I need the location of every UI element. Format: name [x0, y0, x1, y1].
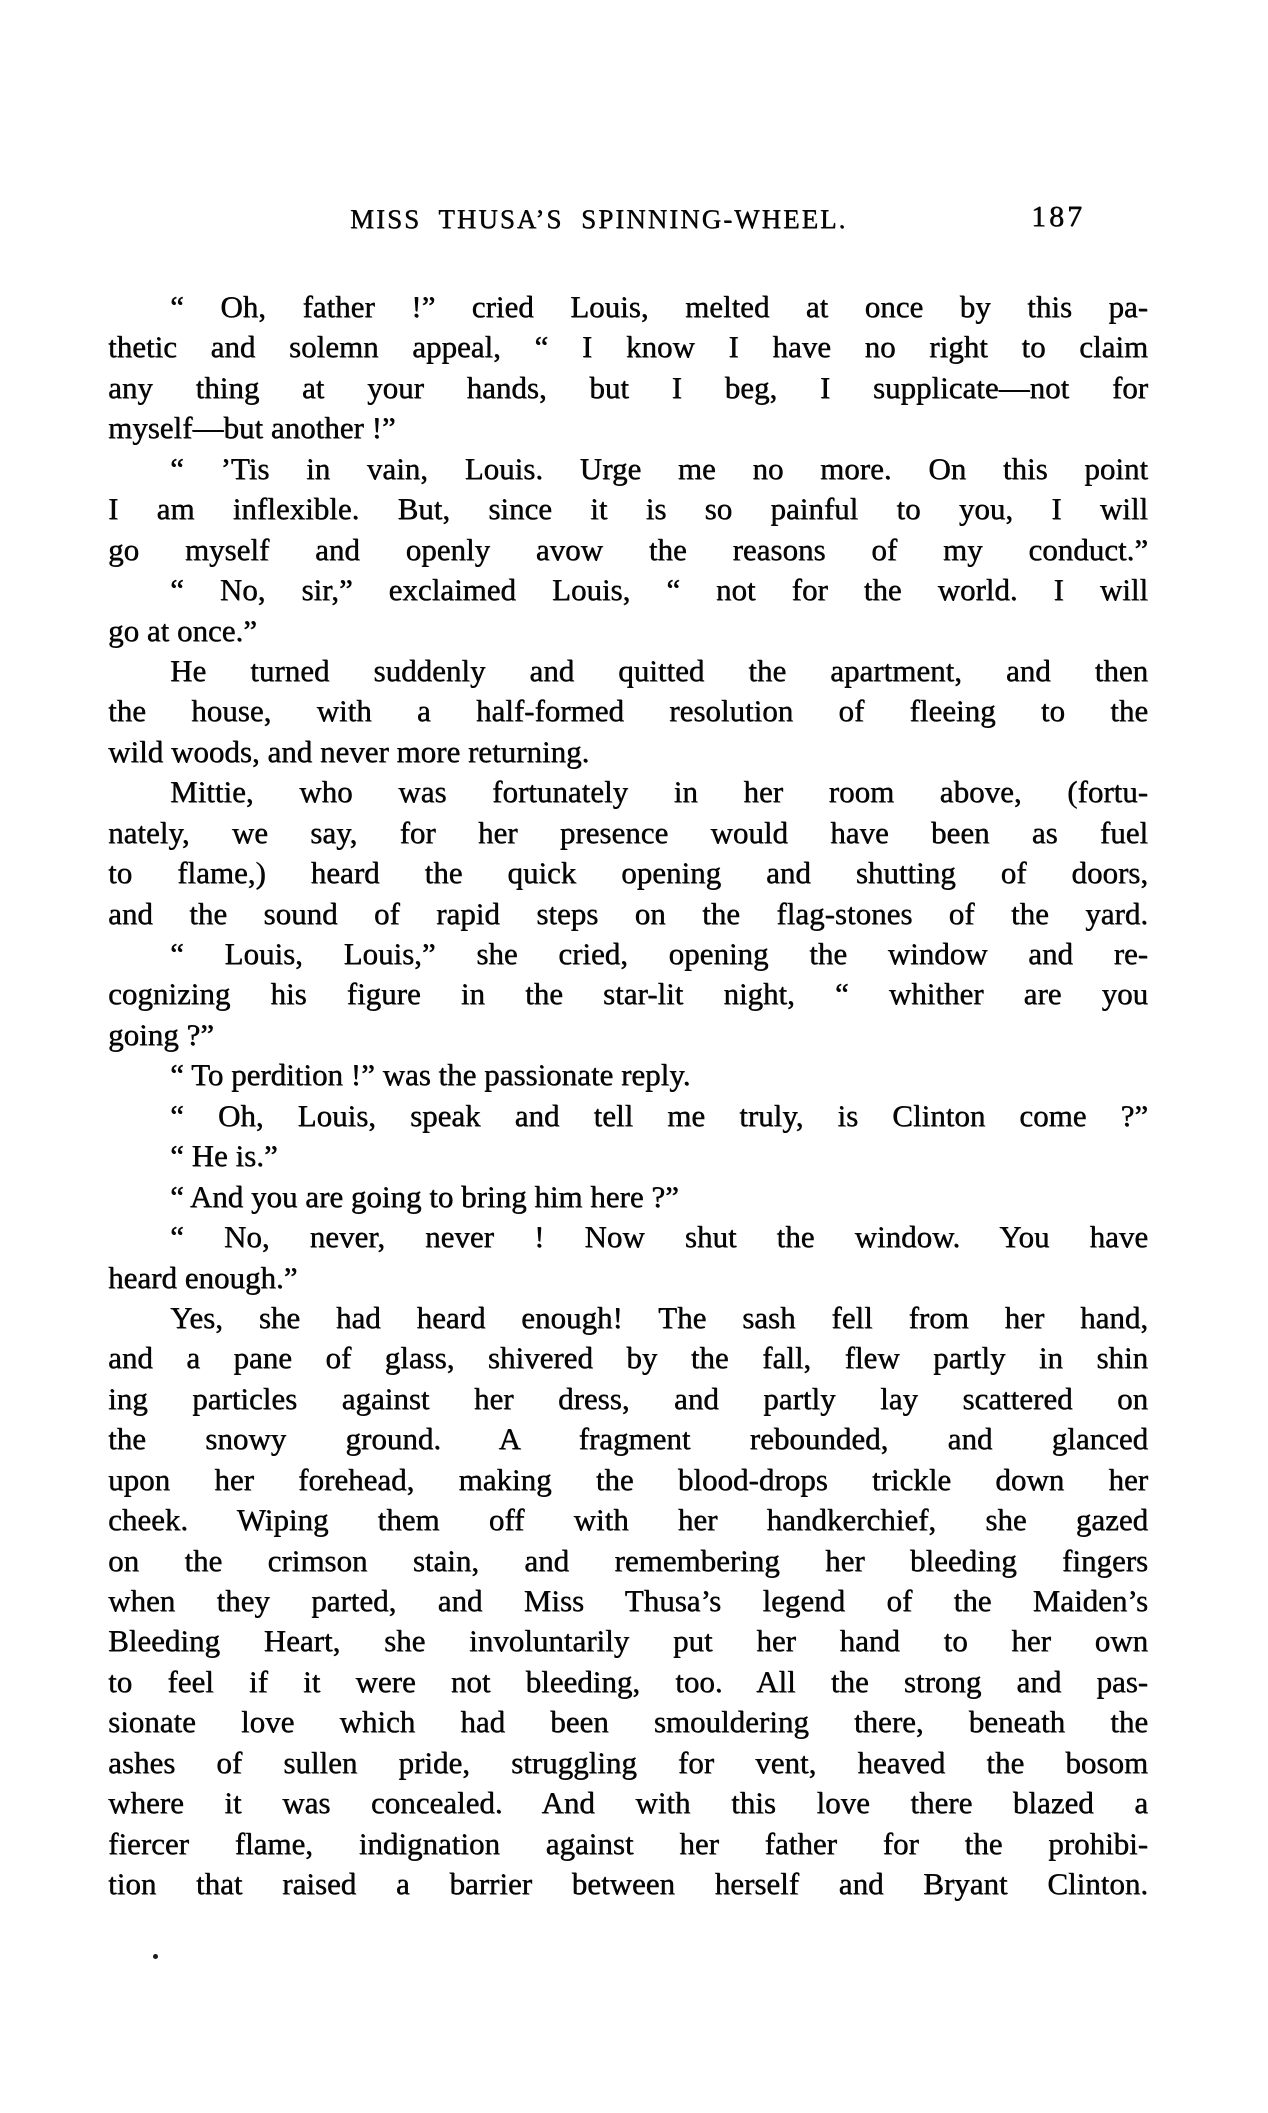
- text-line: the snowy ground. A fragment rebounded, …: [108, 1419, 1148, 1459]
- running-head-title: MISS THUSA’S SPINNING-WHEEL.: [350, 204, 847, 235]
- page-number: 187: [1031, 200, 1085, 234]
- text-line: any thing at your hands, but I beg, I su…: [108, 368, 1148, 408]
- text-line: “ And you are going to bring him here ?”: [108, 1177, 1148, 1217]
- text-line: cognizing his figure in the star-lit nig…: [108, 974, 1148, 1014]
- text-line: going ?”: [108, 1015, 1148, 1055]
- text-line: ing particles against her dress, and par…: [108, 1379, 1148, 1419]
- text-line: He turned suddenly and quitted the apart…: [108, 651, 1148, 691]
- text-line: sionate love which had been smouldering …: [108, 1702, 1148, 1742]
- text-line: go myself and openly avow the reasons of…: [108, 530, 1148, 570]
- text-line: ashes of sullen pride, struggling for ve…: [108, 1743, 1148, 1783]
- text-line: I am inflexible. But, since it is so pai…: [108, 489, 1148, 529]
- text-line: “ Oh, Louis, speak and tell me truly, is…: [108, 1096, 1148, 1136]
- text-line: and the sound of rapid steps on the flag…: [108, 894, 1148, 934]
- text-line: Mittie, who was fortunately in her room …: [108, 772, 1148, 812]
- text-line: fiercer flame, indignation against her f…: [108, 1824, 1148, 1864]
- text-line: where it was concealed. And with this lo…: [108, 1783, 1148, 1823]
- text-line: upon her forehead, making the blood-drop…: [108, 1460, 1148, 1500]
- body-text: “ Oh, father !” cried Louis, melted at o…: [108, 287, 1148, 1905]
- book-page: MISS THUSA’S SPINNING-WHEEL. 187 “ Oh, f…: [0, 0, 1268, 2113]
- text-line: “ No, sir,” exclaimed Louis, “ not for t…: [108, 570, 1148, 610]
- text-line: “ ’Tis in vain, Louis. Urge me no more. …: [108, 449, 1148, 489]
- text-line: “ Oh, father !” cried Louis, melted at o…: [108, 287, 1148, 327]
- ink-speck: [153, 1954, 158, 1959]
- text-line: to flame,) heard the quick opening and s…: [108, 853, 1148, 893]
- text-line: cheek. Wiping them off with her handkerc…: [108, 1500, 1148, 1540]
- text-line: “ Louis, Louis,” she cried, opening the …: [108, 934, 1148, 974]
- text-line: nately, we say, for her presence would h…: [108, 813, 1148, 853]
- text-line: Yes, she had heard enough! The sash fell…: [108, 1298, 1148, 1338]
- text-line: thetic and solemn appeal, “ I know I hav…: [108, 327, 1148, 367]
- text-line: to feel if it were not bleeding, too. Al…: [108, 1662, 1148, 1702]
- text-line: wild woods, and never more returning.: [108, 732, 1148, 772]
- text-line: the house, with a half-formed resolution…: [108, 691, 1148, 731]
- text-line: heard enough.”: [108, 1258, 1148, 1298]
- text-line: “ To perdition !” was the passionate rep…: [108, 1055, 1148, 1095]
- text-line: myself—but another !”: [108, 408, 1148, 448]
- text-line: go at once.”: [108, 611, 1148, 651]
- text-line: tion that raised a barrier between herse…: [108, 1864, 1148, 1904]
- text-line: and a pane of glass, shivered by the fal…: [108, 1338, 1148, 1378]
- text-line: on the crimson stain, and remembering he…: [108, 1541, 1148, 1581]
- text-line: when they parted, and Miss Thusa’s legen…: [108, 1581, 1148, 1621]
- text-line: “ No, never, never ! Now shut the window…: [108, 1217, 1148, 1257]
- text-line: “ He is.”: [108, 1136, 1148, 1176]
- text-line: Bleeding Heart, she involuntarily put he…: [108, 1621, 1148, 1661]
